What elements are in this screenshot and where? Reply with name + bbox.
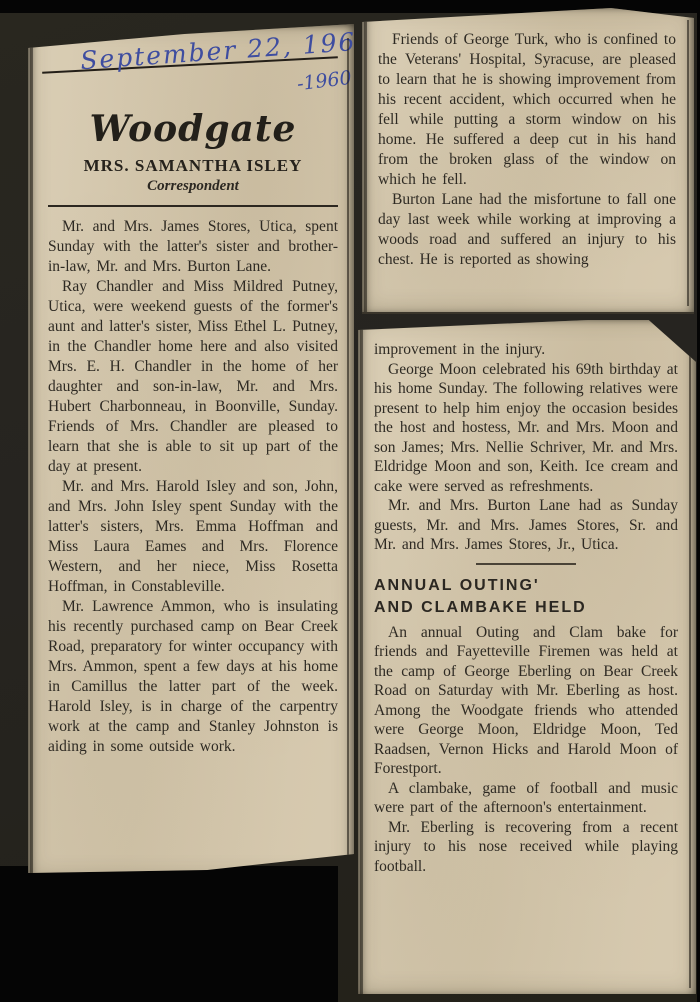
article-paragraph: Mr. Eberling is recovering from a recent…	[374, 818, 678, 877]
section-heading-line1: ANNUAL OUTING'	[374, 575, 678, 597]
section-divider-rule	[476, 563, 576, 565]
scanned-clippings-page: September 22, 1960 -1960 Woodgate MRS. S…	[0, 0, 700, 1002]
section-heading-line2: AND CLAMBAKE HELD	[374, 597, 678, 619]
right-top-paragraphs: Friends of George Turk, who is confined …	[378, 30, 676, 270]
article-paragraph: Mr. and Mrs. Burton Lane had as Sunday g…	[374, 496, 678, 555]
column-masthead: Woodgate	[48, 108, 338, 150]
correspondent-title: Correspondent	[48, 178, 338, 195]
right-top-content: Friends of George Turk, who is confined …	[362, 6, 694, 276]
right-newspaper-clipping-bottom-piece: improvement in the injury.George Moon ce…	[358, 318, 696, 994]
article-paragraph: Mr. and Mrs. James Stores, Utica, spent …	[48, 217, 338, 277]
right-bottom-content: improvement in the injury.George Moon ce…	[358, 318, 696, 884]
article-paragraph: improvement in the injury.	[374, 340, 678, 360]
article-paragraph: Mr. and Mrs. Harold Isley and son, John,…	[48, 477, 338, 597]
article-paragraph: An annual Outing and Clam bake for frien…	[374, 623, 678, 779]
article-paragraph: Burton Lane had the misfortune to fall o…	[378, 190, 676, 270]
scan-black-area-bottom-left	[0, 866, 338, 1002]
left-clipping-content: Woodgate MRS. SAMANTHA ISLEY Corresponde…	[28, 24, 354, 765]
article-paragraph: A clambake, game of football and music w…	[374, 779, 678, 818]
section-paragraphs: An annual Outing and Clam bake for frien…	[374, 623, 678, 877]
header-rule	[48, 205, 338, 207]
article-paragraph: Friends of George Turk, who is confined …	[378, 30, 676, 190]
section-heading: ANNUAL OUTING' AND CLAMBAKE HELD	[374, 575, 678, 619]
left-column-paragraphs: Mr. and Mrs. James Stores, Utica, spent …	[48, 217, 338, 757]
right-bottom-paragraphs: improvement in the injury.George Moon ce…	[374, 340, 678, 555]
article-paragraph: Ray Chandler and Miss Mildred Putney, Ut…	[48, 277, 338, 477]
right-newspaper-clipping-top-piece: Friends of George Turk, who is confined …	[362, 6, 694, 314]
article-paragraph: George Moon celebrated his 69th birthday…	[374, 360, 678, 497]
left-newspaper-clipping: September 22, 1960 -1960 Woodgate MRS. S…	[28, 24, 354, 878]
correspondent-name: MRS. SAMANTHA ISLEY	[48, 156, 338, 176]
article-paragraph: Mr. Lawrence Ammon, who is insulating hi…	[48, 597, 338, 757]
